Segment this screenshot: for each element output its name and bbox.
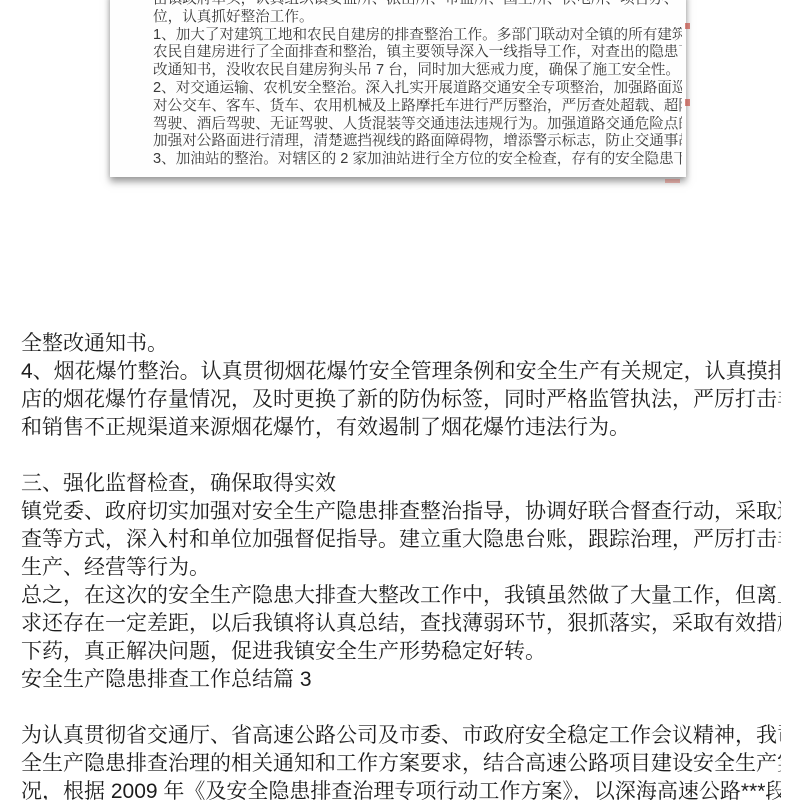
red-annotation-mark	[685, 23, 690, 29]
body-text-line: 店的烟花爆竹存量情况，及时更换了新的防伪标签，同时严格监管执法，严厉打击非法经营	[21, 386, 781, 414]
scan-text-line: 农民自建房进行了全面排查和整治，镇主要领导深入一线指导工作，对查出的隐患下达了整	[153, 44, 682, 62]
scan-text-line: 改通知书，没收农民自建房狗头吊 7 台，同时加大惩戒力度，确保了施工安全性。	[153, 62, 682, 80]
embedded-scan-image: 由镇政府牵头，认真组织镇安监所、派出所、市监所、国土所、供电所、项目办、学校等单…	[110, 0, 686, 177]
body-text-line: 查等方式，深入村和单位加强督促指导。建立重大隐患台账，跟踪治理，严厉打击非法建设…	[21, 526, 781, 554]
body-text-line: 镇党委、政府切实加强对安全生产隐患排查整治指导，协调好联合督查行动，采取巡查、抽	[21, 498, 781, 526]
body-text-line: 安全生产隐患排查工作总结篇 3	[21, 666, 781, 694]
body-text-line: 和销售不正规渠道来源烟花爆竹，有效遏制了烟花爆竹违法行为。	[21, 414, 781, 442]
body-text-line: 为认真贯彻省交通厅、省高速公路公司及市委、市政府安全稳定工作会议精神，我司根据安	[21, 722, 781, 750]
scan-text-line: 2、对交通运输、农机安全整治。深入扎实开展道路交通安全专项整治，加强路面巡查执法…	[153, 80, 682, 98]
scan-text-line: 对公交车、客车、货车、农用机械及上路摩托车进行严厉整治，严厉查处超载、超限、疲劳	[153, 98, 682, 116]
body-text-line: 下药，真正解决问题，促进我镇安全生产形势稳定好转。	[21, 638, 781, 666]
body-text-line	[21, 694, 781, 722]
red-annotation-mark	[665, 179, 680, 183]
body-text-line: 4、烟花爆竹整治。认真贯彻烟花爆竹安全管理条例和安全生产有关规定，认真摸排各经营	[21, 358, 781, 386]
scan-text-line: 3、加油站的整治。对辖区的 2 家加油站进行全方位的安全检查，存有的安全隐患下达…	[153, 151, 682, 169]
body-text-line: 全整改通知书。	[21, 330, 781, 358]
body-text-line	[21, 442, 781, 470]
body-text-line: 生产、经营等行为。	[21, 554, 781, 582]
scan-text-line: 位，认真抓好整治工作。	[153, 9, 682, 27]
document-body: 全整改通知书。4、烟花爆竹整治。认真贯彻烟花爆竹安全管理条例和安全生产有关规定，…	[21, 330, 781, 800]
scan-text-block: 由镇政府牵头，认真组织镇安监所、派出所、市监所、国土所、供电所、项目办、学校等单…	[153, 0, 682, 169]
body-text-line: 求还存在一定差距，以后我镇将认真总结，查找薄弱环节，狠抓落实，采取有效措施，对症	[21, 610, 781, 638]
red-annotation-mark	[685, 99, 690, 106]
body-text-line: 况，根据 2009 年《及安全隐患排查治理专项行动工作方案》，以深海高速公路**…	[21, 778, 781, 800]
body-text-line: 三、强化监督检查，确保取得实效	[21, 470, 781, 498]
body-text-line: 全生产隐患排查治理的相关通知和工作方案要求，结合高速公路项目建设安全生产实际情	[21, 750, 781, 778]
scan-text-line: 由镇政府牵头，认真组织镇安监所、派出所、市监所、国土所、供电所、项目办、学校等单	[153, 0, 682, 9]
body-text-line: 总之，在这次的安全生产隐患大排查大整改工作中，我镇虽然做了大量工作，但离上级的要	[21, 582, 781, 610]
scan-text-line: 1、加大了对建筑工地和农民自建房的排查整治工作。多部门联动对全镇的所有建筑工地和	[153, 27, 682, 45]
scan-text-line: 驾驶、酒后驾驶、无证驾驶、人货混装等交通违法违规行为。加强道路交通危险点的治理，	[153, 116, 682, 134]
document-page: 由镇政府牵头，认真组织镇安监所、派出所、市监所、国土所、供电所、项目办、学校等单…	[0, 0, 800, 800]
scan-text-line: 加强对公路面进行清理，清楚遮挡视线的路面障碍物，增添警示标志，防止交通事故发生。	[153, 133, 682, 151]
